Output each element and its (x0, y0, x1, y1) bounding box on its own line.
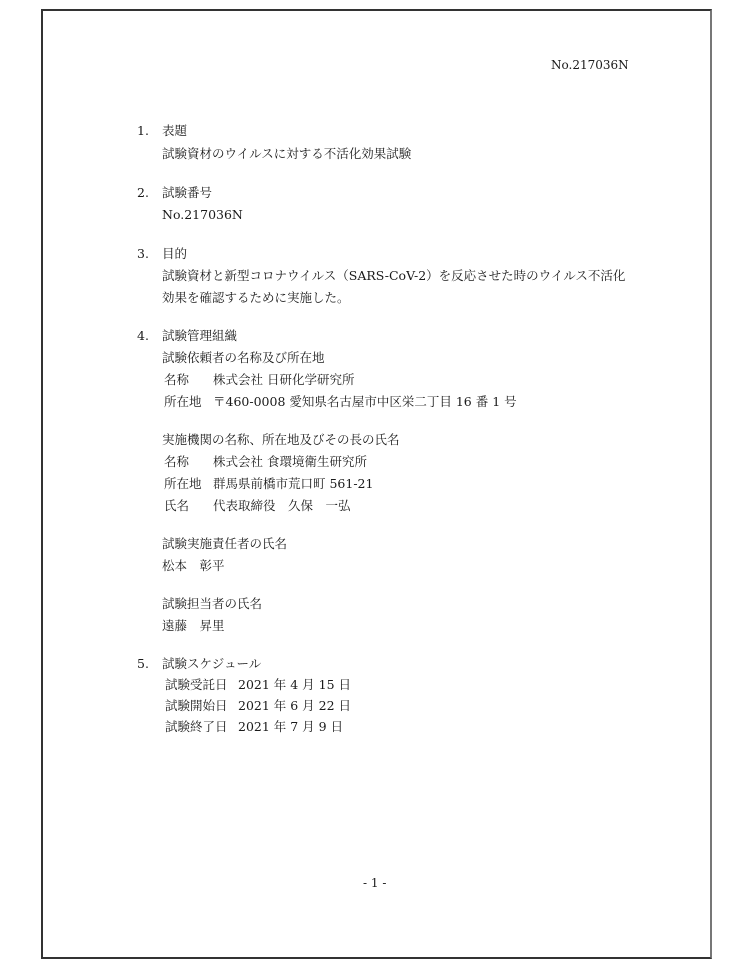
schedule-row-date: 2021 年 6 月 22 日 (238, 698, 351, 714)
client-name-label: 名称 (164, 372, 189, 388)
section-1-body: 試験資材のウイルスに対する不活化効果試験 (162, 146, 411, 162)
schedule-row-date: 2021 年 7 月 9 日 (238, 719, 343, 735)
staff-name: 遠藤 昇里 (162, 618, 225, 634)
section-2-title: 試験番号 (162, 185, 212, 201)
section-4-title: 試験管理組織 (162, 328, 237, 344)
facility-heading: 実施機関の名称、所在地及びその長の氏名 (162, 432, 400, 448)
client-address-label: 所在地 (164, 394, 202, 410)
schedule-row-label: 試験終了日 (165, 719, 228, 735)
page-number: - 1 - (363, 876, 386, 890)
section-3-title: 目的 (162, 246, 187, 262)
facility-address: 群馬県前橋市荒口町 561-21 (213, 476, 373, 492)
section-5-number: 5. (137, 656, 149, 672)
section-5-title: 試験スケジュール (162, 656, 261, 672)
section-3-body-line-2: 効果を確認するために実施した。 (162, 290, 350, 306)
section-1-title: 表題 (162, 123, 187, 139)
facility-name-label: 名称 (164, 454, 189, 470)
schedule-row-label: 試験受託日 (165, 677, 228, 693)
staff-heading: 試験担当者の氏名 (162, 596, 262, 612)
section-2-number: 2. (137, 185, 149, 201)
section-2-body: No.217036N (162, 207, 243, 223)
section-3-number: 3. (137, 246, 149, 262)
schedule-row-label: 試験開始日 (165, 698, 228, 714)
schedule-row-date: 2021 年 4 月 15 日 (238, 677, 351, 693)
facility-address-label: 所在地 (164, 476, 202, 492)
facility-head: 代表取締役 久保 一弘 (213, 498, 351, 514)
director-name: 松本 彰平 (162, 558, 225, 574)
client-name: 株式会社 日研化学研究所 (213, 372, 354, 388)
section-4-number: 4. (137, 328, 149, 344)
client-address: 〒460-0008 愛知県名古屋市中区栄二丁目 16 番 1 号 (213, 394, 517, 410)
section-3-body-line-1: 試験資材と新型コロナウイルス（SARS-CoV-2）を反応させた時のウイルス不活… (162, 268, 625, 284)
client-heading: 試験依頼者の名称及び所在地 (162, 350, 325, 366)
facility-name: 株式会社 食環境衛生研究所 (213, 454, 367, 470)
director-heading: 試験実施責任者の氏名 (162, 536, 287, 552)
section-1-number: 1. (137, 123, 149, 139)
facility-head-label: 氏名 (164, 498, 189, 514)
document-number: No.217036N (551, 58, 629, 72)
